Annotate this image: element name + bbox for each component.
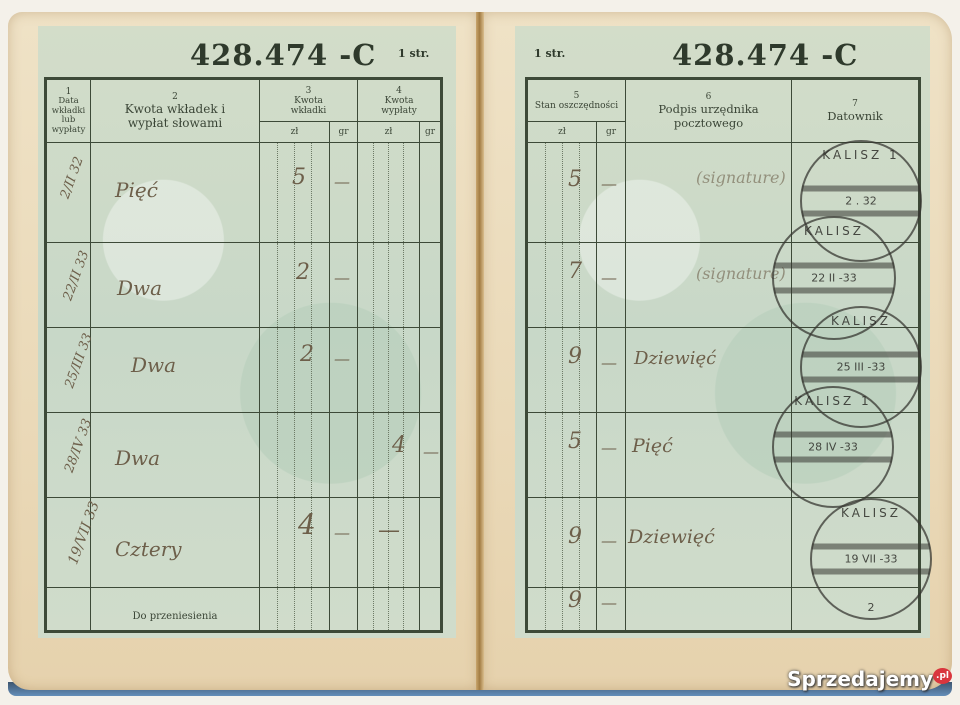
- clerk-signature: Dziewięć: [628, 532, 715, 542]
- date-value: 2/II 32: [61, 156, 85, 200]
- footer-withdrawal-zl: [358, 588, 420, 632]
- ledger-row: 25/III 33 Dwa 2 —: [46, 328, 442, 413]
- footer-row: Do przeniesienia: [46, 588, 442, 632]
- balance-gr-cell: —: [597, 588, 626, 632]
- date-cell: 2/II 32: [46, 143, 91, 243]
- col-5-gr: gr: [597, 122, 626, 143]
- col-number: 3: [260, 86, 357, 96]
- balance-zl-cell: 7: [527, 243, 597, 328]
- col-6-header: 6 Podpis urzędnika pocztowego: [626, 79, 792, 143]
- withdrawal-zl-cell: [358, 328, 420, 413]
- signature-cell: Pięć: [626, 413, 792, 498]
- withdrawal-gr-cell: [420, 143, 442, 243]
- balance-gr: —: [601, 179, 617, 189]
- words-cell: Dwa: [91, 413, 260, 498]
- deposit-gr-cell: [330, 413, 358, 498]
- balance-zl: 9: [568, 352, 582, 362]
- book-spine: [476, 12, 484, 690]
- col-title: Stan oszczędności: [528, 101, 625, 111]
- col-title: Kwota wypłaty: [358, 96, 440, 116]
- balance-gr-cell: —: [597, 143, 626, 243]
- stamp-date: 25 III -33: [802, 352, 920, 383]
- withdrawal-gr-cell: [420, 328, 442, 413]
- col-2-header: 2 Kwota wkładek i wypłat słowami: [91, 79, 260, 143]
- deposit-gr-cell: —: [330, 328, 358, 413]
- balance-zl: 5: [568, 437, 582, 447]
- words-cell: Pięć: [91, 143, 260, 243]
- withdrawal-gr: —: [423, 447, 439, 457]
- deposit-gr: —: [334, 354, 350, 364]
- ledger-row: 2/II 32 Pięć 5 —: [46, 143, 442, 243]
- date-value: 22/II 33: [63, 250, 90, 302]
- withdrawal-zl-cell: 4: [358, 413, 420, 498]
- amount-words: Cztery: [115, 544, 182, 554]
- clerk-signature: Dziewięć: [634, 354, 716, 364]
- deposit-zl-cell: 4: [260, 498, 330, 588]
- footer-deposit-gr: [330, 588, 358, 632]
- col-number: 4: [358, 86, 440, 96]
- deposit-zl-cell: 5: [260, 143, 330, 243]
- deposit-gr-cell: —: [330, 498, 358, 588]
- date-cell: 19/VII 33: [46, 498, 91, 588]
- header-row: 1 Data wkładki lub wypłaty 2 Kwota wkład…: [46, 79, 442, 122]
- signature-cell: (signature): [626, 243, 792, 328]
- deposit-zl: 2: [300, 350, 314, 360]
- col-number: 2: [91, 92, 259, 102]
- balance-gr: —: [601, 443, 617, 453]
- withdrawal-zl-cell: [358, 243, 420, 328]
- col-4-zl: zł: [358, 122, 420, 143]
- col-5-zl: zł: [527, 122, 597, 143]
- withdrawal-zl-cell: [358, 143, 420, 243]
- deposit-zl-cell: [260, 413, 330, 498]
- signature-cell: [626, 588, 792, 632]
- stamp-date: 2 . 32: [802, 186, 920, 217]
- balance-gr: —: [601, 598, 617, 608]
- site-watermark: Sprzedajemy.pl: [787, 667, 952, 691]
- deposit-gr: —: [334, 177, 350, 187]
- amount-words: Dwa: [115, 453, 160, 463]
- col-5-header: 5 Stan oszczędności: [527, 79, 626, 122]
- withdrawal-zl: —: [378, 526, 400, 536]
- amount-words: Dwa: [117, 283, 162, 293]
- col-7-header: 7 Datownik: [792, 79, 920, 143]
- stamp-date: 19 VII -33: [812, 544, 930, 575]
- postmark-stamp: KALISZ 1 28 IV -33: [772, 386, 894, 508]
- footer-label-cell: Do przeniesienia: [91, 588, 260, 632]
- stamp-number: 2: [812, 601, 930, 614]
- left-page-label: 1 str.: [398, 47, 429, 60]
- balance-zl-cell: 9: [527, 498, 597, 588]
- stamp-city: KALISZ: [812, 506, 930, 520]
- footer-date-cell: [46, 588, 91, 632]
- balance-gr: —: [601, 536, 617, 546]
- deposit-gr-cell: —: [330, 143, 358, 243]
- col-number: 6: [626, 92, 791, 102]
- balance-zl: 7: [568, 267, 582, 277]
- stamp-date: 28 IV -33: [774, 432, 892, 463]
- right-page-label: 1 str.: [534, 47, 565, 60]
- stamp-city: KALISZ 1: [774, 394, 892, 408]
- withdrawal-gr-cell: [420, 498, 442, 588]
- col-title: Podpis urzędnika pocztowego: [626, 102, 791, 130]
- col-4-gr: gr: [420, 122, 442, 143]
- deposit-zl: 2: [296, 268, 310, 278]
- clerk-signature: (signature): [696, 173, 786, 183]
- balance-zl-cell: 9: [527, 588, 597, 632]
- col-4-header: 4 Kwota wypłaty: [358, 79, 442, 122]
- balance-zl: 5: [568, 175, 582, 185]
- deposit-zl: 4: [298, 520, 316, 530]
- stamp-city: KALISZ: [802, 314, 920, 328]
- deposit-zl: 5: [292, 173, 306, 183]
- watermark-badge: .pl: [933, 668, 952, 684]
- balance-gr-cell: —: [597, 243, 626, 328]
- watermark-text: Sprzedajemy: [787, 667, 933, 691]
- balance-zl-cell: 9: [527, 328, 597, 413]
- postmark-stamp: KALISZ 19 VII -33 2: [810, 498, 932, 620]
- header-row: 5 Stan oszczędności 6 Podpis urzędnika p…: [527, 79, 920, 122]
- date-cell: 28/IV 33: [46, 413, 91, 498]
- balance-zl-cell: 5: [527, 413, 597, 498]
- clerk-signature: Pięć: [632, 441, 673, 451]
- col-title: Data wkładki lub wypłaty: [47, 97, 90, 135]
- ledger-row: 28/IV 33 Dwa 4 —: [46, 413, 442, 498]
- col-1-header: 1 Data wkładki lub wypłaty: [46, 79, 91, 143]
- date-cell: 22/II 33: [46, 243, 91, 328]
- balance-zl: 9: [568, 596, 582, 606]
- balance-zl: 9: [568, 532, 582, 542]
- deposit-zl-cell: 2: [260, 243, 330, 328]
- ledger-row: 22/II 33 Dwa 2 —: [46, 243, 442, 328]
- deposit-zl-cell: 2: [260, 328, 330, 413]
- col-3-zl: zł: [260, 122, 330, 143]
- withdrawal-gr-cell: [420, 243, 442, 328]
- col-3-header: 3 Kwota wkładki: [260, 79, 358, 122]
- words-cell: Cztery: [91, 498, 260, 588]
- left-serial-number: 428.474 -C: [190, 38, 376, 72]
- deposit-gr-cell: —: [330, 243, 358, 328]
- col-number: 7: [792, 99, 918, 109]
- balance-zl-cell: 5: [527, 143, 597, 243]
- right-serial-number: 428.474 -C: [672, 38, 858, 72]
- withdrawal-zl: 4: [392, 441, 406, 451]
- col-title: Kwota wkładek i wypłat słowami: [91, 102, 259, 130]
- deposit-gr: —: [334, 528, 350, 538]
- amount-words: Dwa: [131, 360, 176, 370]
- stamp-city: KALISZ 1: [802, 148, 920, 162]
- col-title: Datownik: [792, 109, 918, 123]
- stamp-city: KALISZ: [774, 224, 894, 238]
- col-number: 5: [528, 91, 625, 101]
- footer-deposit-zl: [260, 588, 330, 632]
- col-title: Kwota wkładki: [260, 96, 357, 116]
- stamp-date: 22 II -33: [774, 263, 894, 294]
- balance-gr-cell: —: [597, 328, 626, 413]
- date-cell: 25/III 33: [46, 328, 91, 413]
- date-value: 28/IV 33: [65, 418, 94, 474]
- words-cell: Dwa: [91, 243, 260, 328]
- col-3-gr: gr: [330, 122, 358, 143]
- balance-gr: —: [601, 358, 617, 368]
- signature-cell: Dziewięć: [626, 498, 792, 588]
- words-cell: Dwa: [91, 328, 260, 413]
- left-ledger-table: 1 Data wkładki lub wypłaty 2 Kwota wkład…: [44, 77, 443, 633]
- balance-gr-cell: —: [597, 413, 626, 498]
- signature-cell: (signature): [626, 143, 792, 243]
- footer-withdrawal-gr: [420, 588, 442, 632]
- signature-cell: Dziewięć: [626, 328, 792, 413]
- balance-gr-cell: —: [597, 498, 626, 588]
- deposit-gr: —: [334, 273, 350, 283]
- carry-forward-label: Do przeniesienia: [91, 612, 259, 622]
- ledger-row: 19/VII 33 Cztery 4 — —: [46, 498, 442, 588]
- withdrawal-gr-cell: —: [420, 413, 442, 498]
- withdrawal-zl-cell: —: [358, 498, 420, 588]
- amount-words: Pięć: [115, 185, 158, 195]
- balance-gr: —: [601, 273, 617, 283]
